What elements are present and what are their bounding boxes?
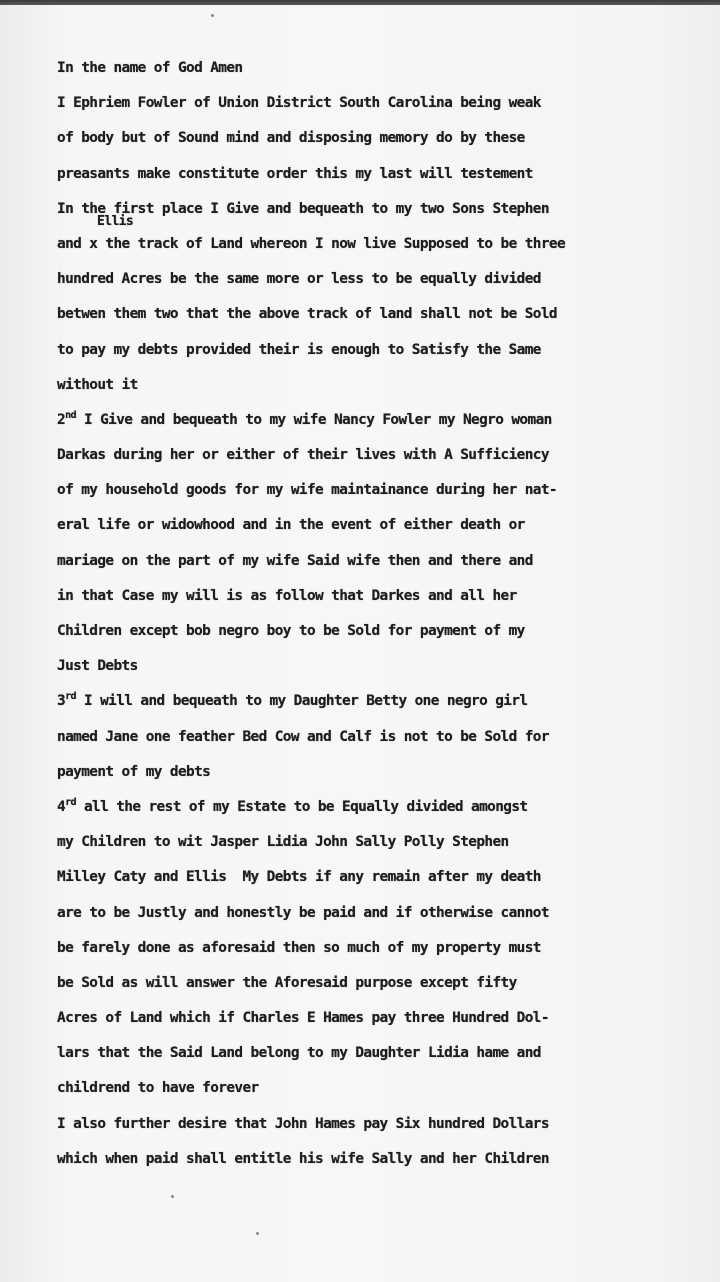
line-text: I will and bequeath to my Daughter Betty… bbox=[76, 693, 528, 709]
document-line: named Jane one feather Bed Cow and Calf … bbox=[57, 720, 717, 755]
clause-number: 2 bbox=[57, 412, 65, 428]
line-text: payment of my debts bbox=[57, 764, 210, 780]
document-line: 4rd all the rest of my Estate to be Equa… bbox=[57, 790, 717, 825]
document-line: of my household goods for my wife mainta… bbox=[57, 473, 717, 508]
line-text: Darkas during her or either of their liv… bbox=[57, 447, 549, 463]
document-line: eral life or widowhood and in the event … bbox=[57, 508, 717, 543]
document-line: Acres of Land which if Charles E Hames p… bbox=[57, 1001, 717, 1036]
interlinear-insertion: Ellis bbox=[97, 215, 133, 229]
document-line: to pay my debts provided their is enough… bbox=[57, 333, 717, 368]
document-line: 3rd I will and bequeath to my Daughter B… bbox=[57, 684, 717, 719]
document-page: In the name of God AmenI Ephriem Fowler … bbox=[0, 5, 720, 1282]
document-line: which when paid shall entitle his wife S… bbox=[57, 1142, 717, 1177]
line-text: of my household goods for my wife mainta… bbox=[57, 482, 557, 498]
line-text: named Jane one feather Bed Cow and Calf … bbox=[57, 729, 549, 745]
line-text: of body but of Sound mind and disposing … bbox=[57, 130, 525, 146]
line-text: betwen them two that the above track of … bbox=[57, 306, 557, 322]
line-text: Acres of Land which if Charles E Hames p… bbox=[57, 1010, 549, 1026]
clause-number: 3 bbox=[57, 693, 65, 709]
paper-speck bbox=[171, 1195, 174, 1198]
document-line: betwen them two that the above track of … bbox=[57, 297, 717, 332]
line-text: be farely done as aforesaid then so much… bbox=[57, 940, 541, 956]
document-line: payment of my debts bbox=[57, 755, 717, 790]
line-text: In the name of God Amen bbox=[57, 60, 242, 76]
document-line: of body but of Sound mind and disposing … bbox=[57, 121, 717, 156]
document-line: my Children to wit Jasper Lidia John Sal… bbox=[57, 825, 717, 860]
document-line: In the name of God Amen bbox=[57, 51, 717, 86]
document-line: Children except bob negro boy to be Sold… bbox=[57, 614, 717, 649]
document-line: be Sold as will answer the Aforesaid pur… bbox=[57, 966, 717, 1001]
line-text: I also further desire that John Hames pa… bbox=[57, 1116, 549, 1132]
document-line: in that Case my will is as follow that D… bbox=[57, 579, 717, 614]
document-line: In the first place I Give and bequeath t… bbox=[57, 192, 717, 227]
document-line: 2nd I Give and bequeath to my wife Nancy… bbox=[57, 403, 717, 438]
line-text: Milley Caty and Ellis My Debts if any re… bbox=[57, 869, 541, 885]
document-line: without it bbox=[57, 368, 717, 403]
document-line: are to be Justly and honestly be paid an… bbox=[57, 896, 717, 931]
line-text: be Sold as will answer the Aforesaid pur… bbox=[57, 975, 517, 991]
line-text: are to be Justly and honestly be paid an… bbox=[57, 905, 549, 921]
paper-speck bbox=[256, 1232, 259, 1235]
ordinal-suffix: rd bbox=[65, 691, 76, 702]
document-line: hundred Acres be the same more or less t… bbox=[57, 262, 717, 297]
document-line: lars that the Said Land belong to my Dau… bbox=[57, 1036, 717, 1071]
document-line: preasants make constitute order this my … bbox=[57, 157, 717, 192]
line-text: which when paid shall entitle his wife S… bbox=[57, 1151, 549, 1167]
line-text: childrend to have forever bbox=[57, 1080, 259, 1096]
line-text: in that Case my will is as follow that D… bbox=[57, 588, 517, 604]
ordinal-suffix: nd bbox=[65, 410, 76, 421]
line-text: lars that the Said Land belong to my Dau… bbox=[57, 1045, 541, 1061]
document-line: mariage on the part of my wife Said wife… bbox=[57, 544, 717, 579]
document-line: Ellisand x the track of Land whereon I n… bbox=[57, 227, 717, 262]
line-text: Children except bob negro boy to be Sold… bbox=[57, 623, 525, 639]
line-text: hundred Acres be the same more or less t… bbox=[57, 271, 541, 287]
line-text: and x the track of Land whereon I now li… bbox=[57, 236, 565, 252]
document-line: Just Debts bbox=[57, 649, 717, 684]
clause-number: 4 bbox=[57, 799, 65, 815]
line-text: preasants make constitute order this my … bbox=[57, 166, 533, 182]
document-line: be farely done as aforesaid then so much… bbox=[57, 931, 717, 966]
paper-speck bbox=[211, 14, 214, 17]
line-text: without it bbox=[57, 377, 138, 393]
document-line: childrend to have forever bbox=[57, 1071, 717, 1106]
document-line: Milley Caty and Ellis My Debts if any re… bbox=[57, 860, 717, 895]
line-text: all the rest of my Estate to be Equally … bbox=[76, 799, 528, 815]
document-line: Darkas during her or either of their liv… bbox=[57, 438, 717, 473]
line-text: mariage on the part of my wife Said wife… bbox=[57, 553, 533, 569]
line-text: I Ephriem Fowler of Union District South… bbox=[57, 95, 541, 111]
line-text: to pay my debts provided their is enough… bbox=[57, 342, 541, 358]
typewritten-will-text: In the name of God AmenI Ephriem Fowler … bbox=[57, 51, 717, 1177]
document-line: I Ephriem Fowler of Union District South… bbox=[57, 86, 717, 121]
document-line: I also further desire that John Hames pa… bbox=[57, 1107, 717, 1142]
ordinal-suffix: rd bbox=[65, 797, 76, 808]
line-text: I Give and bequeath to my wife Nancy Fow… bbox=[76, 412, 552, 428]
line-text: eral life or widowhood and in the event … bbox=[57, 517, 525, 533]
line-text: my Children to wit Jasper Lidia John Sal… bbox=[57, 834, 509, 850]
line-text: Just Debts bbox=[57, 658, 138, 674]
